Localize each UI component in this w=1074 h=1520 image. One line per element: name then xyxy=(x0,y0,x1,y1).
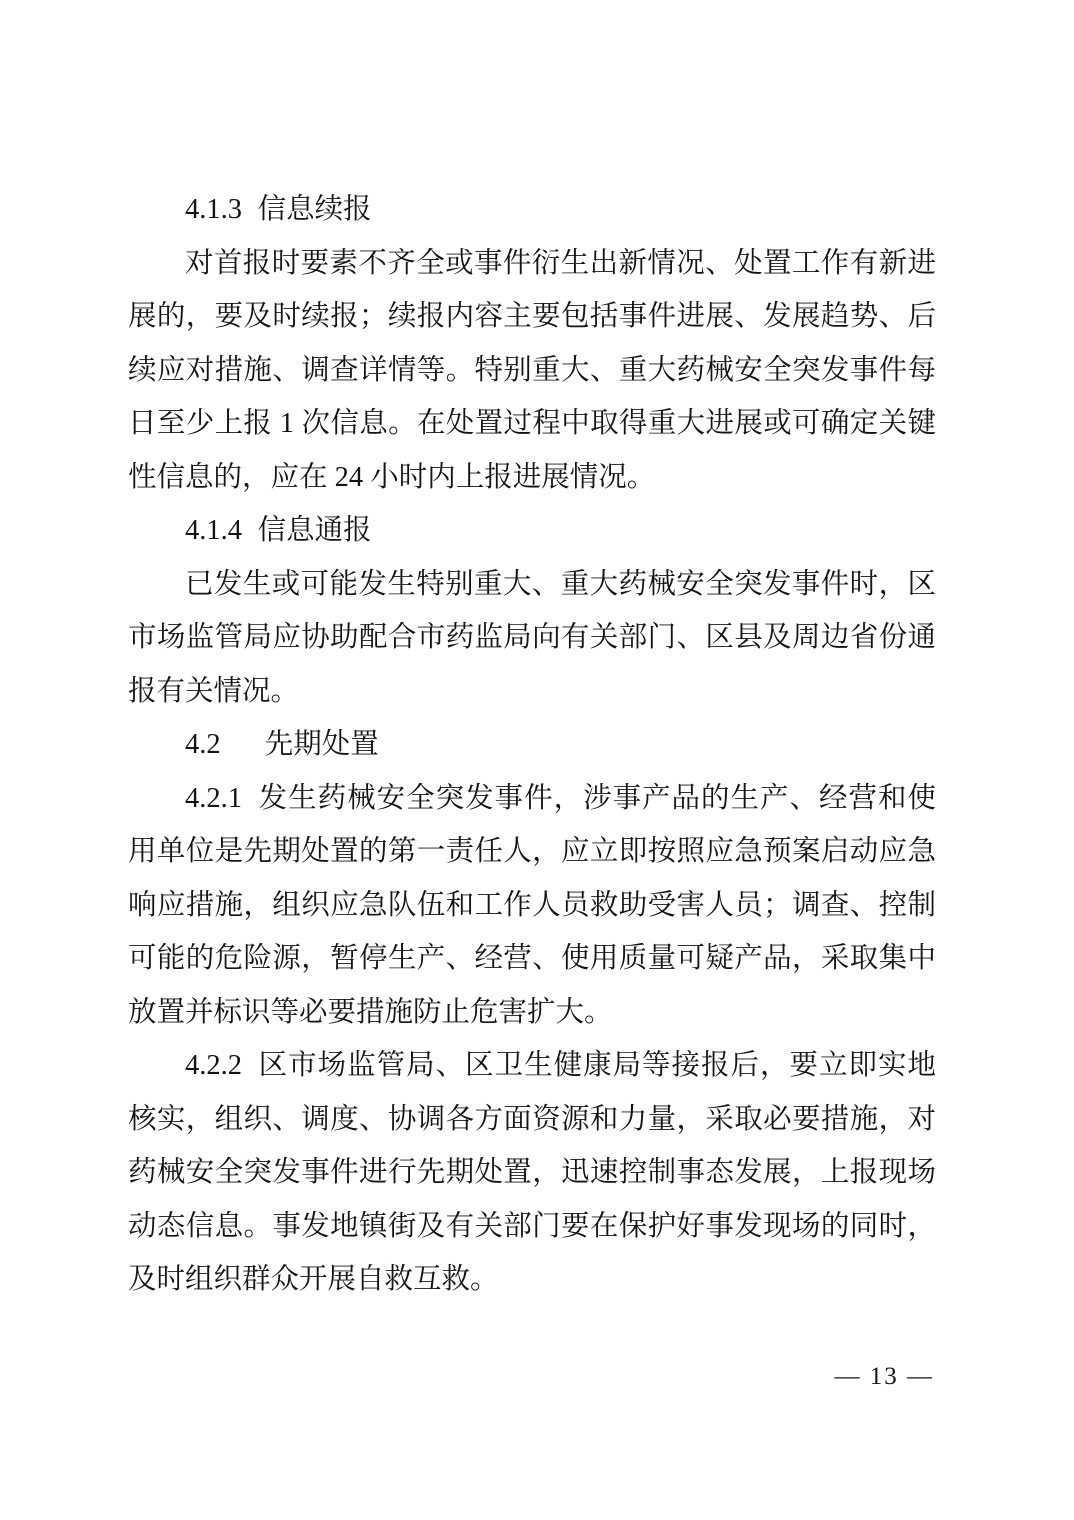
section-heading-4-1-4: 4.1.4信息通报 xyxy=(128,504,936,558)
section-number: 4.1.3 xyxy=(185,194,242,225)
paragraph-4-2-1: 4.2.1发生药械安全突发事件，涉事产品的生产、经营和使用单位是先期处置的第一责… xyxy=(128,772,936,1040)
section-title: 信息续报 xyxy=(258,194,372,225)
document-page: 4.1.3信息续报 对首报时要素不齐全或事件衍生出新情况、处置工作有新进展的，要… xyxy=(0,0,1074,1520)
paragraph-info-notification: 已发生或可能发生特别重大、重大药械安全突发事件时，区市场监管局应协助配合市药监局… xyxy=(128,558,936,719)
paragraph-number: 4.2.1 xyxy=(185,783,242,814)
section-heading-4-1-3: 4.1.3信息续报 xyxy=(128,183,936,237)
paragraph-number: 4.2.2 xyxy=(185,1050,242,1081)
section-title: 先期处置 xyxy=(265,729,379,760)
section-heading-4-2: 4.2先期处置 xyxy=(128,718,936,772)
section-number: 4.2 xyxy=(185,729,221,760)
paragraph-text: 区市场监管局、区卫生健康局等接报后，要立即实地核实，组织、调度、协调各方面资源和… xyxy=(128,1050,936,1295)
page-number: — 13 — xyxy=(835,1362,935,1392)
paragraph-info-followup: 对首报时要素不齐全或事件衍生出新情况、处置工作有新进展的，要及时续报；续报内容主… xyxy=(128,237,936,505)
paragraph-text: 发生药械安全突发事件，涉事产品的生产、经营和使用单位是先期处置的第一责任人，应立… xyxy=(128,783,936,1028)
section-title: 信息通报 xyxy=(258,515,372,546)
paragraph-4-2-2: 4.2.2区市场监管局、区卫生健康局等接报后，要立即实地核实，组织、调度、协调各… xyxy=(128,1039,936,1307)
document-content: 4.1.3信息续报 对首报时要素不齐全或事件衍生出新情况、处置工作有新进展的，要… xyxy=(128,183,936,1307)
section-number: 4.1.4 xyxy=(185,515,242,546)
